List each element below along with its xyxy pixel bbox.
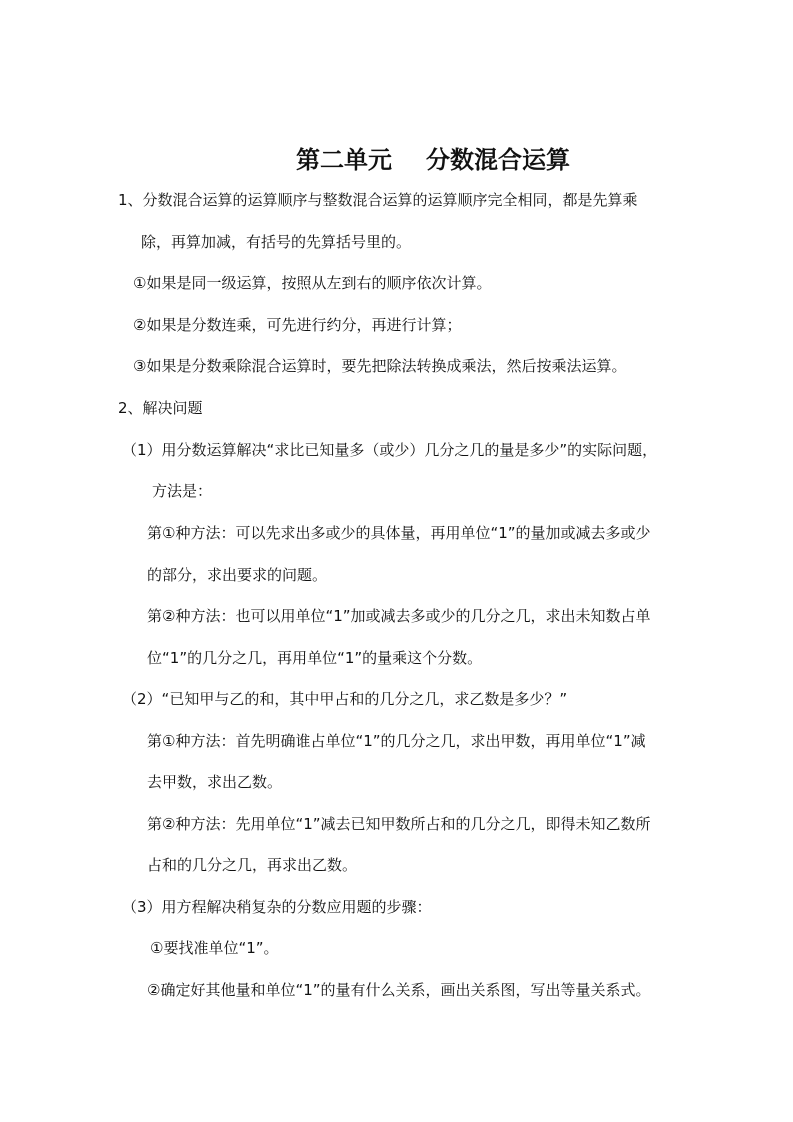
- problem-1-line-1: （1）用分数运算解决“求比已知量多（或少）几分之几的量是多少”的实际问题，: [122, 440, 657, 460]
- problem-2-method-2-line-1: 第②种方法：先用单位“1”减去已知甲数所占和的几分之几，即得未知乙数所: [147, 814, 651, 834]
- problem-1-line-2: 方法是：: [152, 481, 212, 501]
- problem-1-method-1-line-1: 第①种方法：可以先求出多或少的具体量，再用单位“1”的量加或减去多或少: [147, 523, 651, 543]
- section-1-line-1: 1、分数混合运算的运算顺序与整数混合运算的运算顺序完全相同，都是先算乘: [118, 190, 638, 210]
- problem-2-method-1-line-2: 去甲数，求出乙数。: [147, 772, 282, 792]
- problem-2-method-1-line-1: 第①种方法：首先明确谁占单位“1”的几分之几，求出甲数，再用单位“1”减: [147, 731, 646, 751]
- page-title: 第二单元分数混合运算: [0, 140, 793, 175]
- problem-1-method-1-line-2: 的部分，求出要求的问题。: [147, 565, 327, 585]
- problem-1-method-2-line-2: 位“1”的几分之几，再用单位“1”的量乘这个分数。: [147, 648, 482, 668]
- problem-3-step-2: ②确定好其他量和单位“1”的量有什么关系，画出关系图，写出等量关系式。: [147, 980, 651, 1000]
- title-topic: 分数混合运算: [426, 146, 570, 174]
- section-1-rule-1: ①如果是同一级运算，按照从左到右的顺序依次计算。: [133, 273, 491, 293]
- title-unit: 第二单元: [296, 146, 392, 174]
- problem-2-method-2-line-2: 占和的几分之几，再求出乙数。: [147, 855, 357, 875]
- section-1-rule-2: ②如果是分数连乘，可先进行约分，再进行计算；: [133, 315, 461, 335]
- problem-2-line-1: （2）“已知甲与乙的和，其中甲占和的几分之几，求乙数是多少？”: [122, 689, 567, 709]
- section-2-heading: 2、解决问题: [118, 398, 203, 418]
- section-1-rule-3: ③如果是分数乘除混合运算时，要先把除法转换成乘法，然后按乘法运算。: [133, 356, 626, 376]
- problem-3-step-1: ①要找准单位“1”。: [150, 938, 279, 958]
- problem-3-line-1: （3）用方程解决稍复杂的分数应用题的步骤：: [122, 897, 432, 917]
- problem-1-method-2-line-1: 第②种方法：也可以用单位“1”加或减去多或少的几分之几，求出未知数占单: [147, 606, 651, 626]
- section-1-line-2: 除，再算加减，有括号的先算括号里的。: [141, 232, 411, 252]
